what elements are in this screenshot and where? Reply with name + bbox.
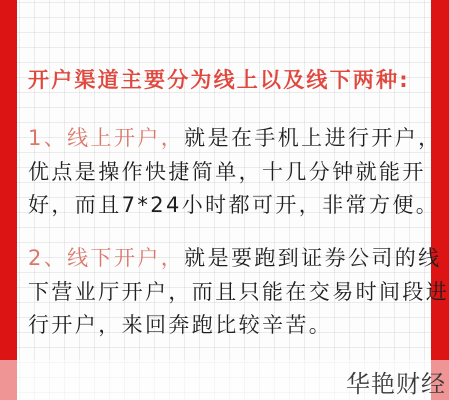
section-first-line: 2、线下开户，就是要跑到证券公司的线 (28, 242, 428, 276)
section-text-line: 好，而且7*24小时都可开，非常方便。 (28, 189, 428, 223)
heading: 开户渠道主要分为线上以及线下两种: (28, 64, 410, 94)
section-offline: 2、线下开户，就是要跑到证券公司的线 下营业厅开户，而且只能在交易时间段进 行开… (28, 242, 428, 343)
section-text-line: 下营业厅开户，而且只能在交易时间段进 (28, 276, 428, 310)
section-text-line: 优点是操作快捷简单，十几分钟就能开 (28, 156, 428, 190)
section-label: 1、线上开户， (28, 126, 184, 150)
infographic-card: 开户渠道主要分为线上以及线下两种: 1、线上开户，就是在手机上进行开户， 优点是… (0, 0, 449, 400)
section-text-line: 行开户，来回奔跑比较辛苦。 (28, 309, 428, 343)
watermark-text: 华艳财经 (346, 364, 446, 399)
section-online: 1、线上开户，就是在手机上进行开户， 优点是操作快捷简单，十几分钟就能开 好，而… (28, 122, 428, 223)
left-red-border (0, 0, 17, 400)
section-first-line: 1、线上开户，就是在手机上进行开户， (28, 122, 428, 156)
section-text: 就是要跑到证券公司的线 (184, 246, 441, 270)
section-label: 2、线下开户， (28, 246, 184, 270)
section-text: 就是在手机上进行开户， (184, 126, 441, 150)
